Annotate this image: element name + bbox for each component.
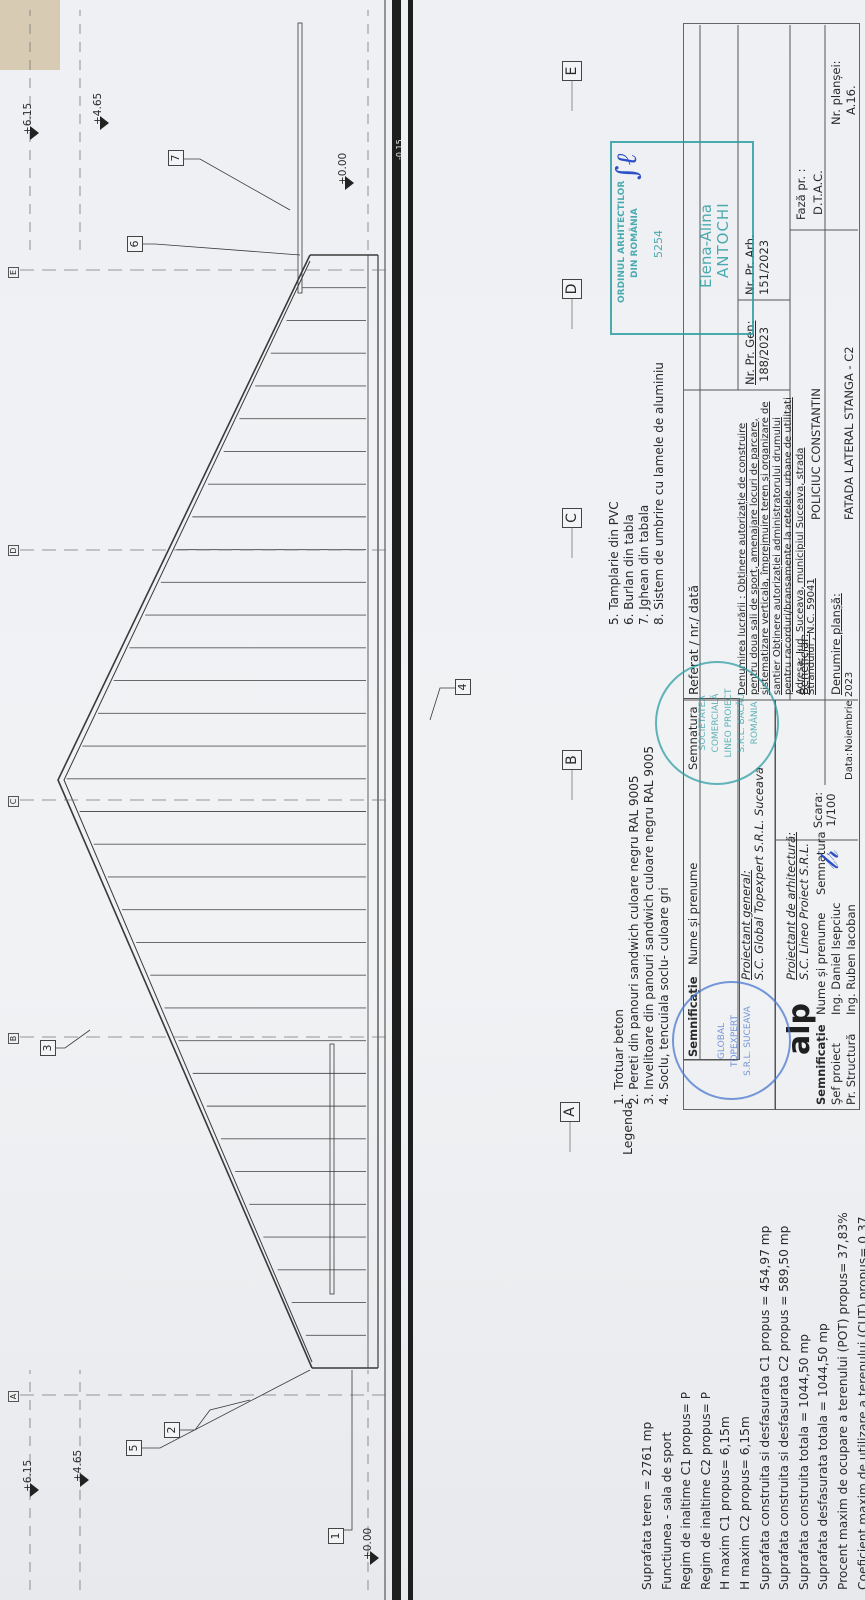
elevation-floor-right: +0.00 xyxy=(337,153,349,185)
callout-6: 6 xyxy=(127,236,143,252)
site-info-line: Regim de inaltime C1 propus= P xyxy=(677,1212,697,1590)
callout-4: 4 xyxy=(455,679,471,695)
signature-1: 𝓁𝓇 xyxy=(815,851,846,870)
faza-label: Fază pr. : xyxy=(795,168,808,220)
elevation-ground-right: -0.15 xyxy=(395,139,404,160)
data-label: Data: xyxy=(843,753,856,780)
grid-tag-d: D xyxy=(8,545,19,556)
proiectant-general: S.C. Global Topexpert S.R.L. Suceava xyxy=(753,767,766,980)
nr-plansei: A.16. xyxy=(845,85,858,115)
topexpert-stamp: GLOBAL TOPEXPERT S.R.L. SUCEAVA xyxy=(672,981,791,1100)
grid-bubble-a: A xyxy=(560,1102,580,1122)
drawing-sheet: +6.15 +4.65 +0.00 +6.15 +4.65 +0.00 -0.1… xyxy=(0,0,865,1600)
role-structura: Pr. Structură xyxy=(845,1034,858,1105)
oar-line2: DIN ROMÂNIA xyxy=(629,208,642,278)
site-info-line: Suprafata desfasurata totala = 1044,50 m… xyxy=(814,1212,834,1590)
legend-item: 8. Sistem de umbrire cu lamele de alumin… xyxy=(652,362,667,625)
grid-tag-b: B xyxy=(8,1033,19,1044)
beneficiar-label: Beneficiar: xyxy=(798,633,811,695)
oar-number: 5254 xyxy=(652,230,665,258)
oar-name1: Elena-Alina xyxy=(700,204,713,288)
denumire-plansa-label: Denumire planșă: xyxy=(830,593,843,695)
legend-list-1: 1. Trotuar beton 2. Pereti din panouri s… xyxy=(612,746,672,1105)
lineo-stamp: SOCIETATEA COMERCIALĂ LINEO PROIECT S.R.… xyxy=(655,661,779,785)
grid-bubble-c: C xyxy=(562,508,582,528)
legend-item: 3. Invelitoare din panouri sandwich culo… xyxy=(642,746,657,1105)
signature-oar: ∫ℓ xyxy=(610,154,644,180)
callout-7: 7 xyxy=(168,150,184,166)
faza: D.T.A.C. xyxy=(812,170,825,215)
site-info-line: Coeficient maxim de utilizare a terenulu… xyxy=(854,1212,865,1590)
oar-line1: ORDINUL ARHITECTILOR xyxy=(616,181,629,303)
grid-tag-c: C xyxy=(8,796,19,807)
grid-bubble-e: E xyxy=(562,61,582,81)
callout-1: 1 xyxy=(328,1528,344,1544)
nr-plansei-label: Nr. planșei: xyxy=(830,60,843,125)
grid-tag-a: A xyxy=(8,1391,19,1402)
data-value: Noiembrie 2023 xyxy=(843,672,856,752)
scara-value: 1/100 xyxy=(825,790,838,830)
site-info-line: Functiunea - sala de sport xyxy=(658,1212,678,1590)
name-sef-proiect: Ing. Daniel Isepciuc xyxy=(830,903,843,1016)
denumire-plansa: FATADA LATERAL STANGA - C2 xyxy=(843,346,856,520)
site-info-line: H maxim C2 propus= 6,15m xyxy=(736,1212,756,1590)
topexpert-stamp-text: GLOBAL TOPEXPERT S.R.L. SUCEAVA xyxy=(716,1006,755,1076)
role-header-name: Nume și prenume xyxy=(815,913,828,1015)
grid-bubble-b: B xyxy=(562,750,582,770)
legend-list-2: 5. Tamplarie din PVC 6. Burlan din tabla… xyxy=(607,362,667,625)
legend-item: 5. Tamplarie din PVC xyxy=(607,362,622,625)
grid-bubble-d: D xyxy=(562,279,582,299)
site-info-line: H maxim C1 propus= 6,15m xyxy=(716,1212,736,1590)
role-sef-proiect: Şef proiect xyxy=(830,1043,843,1105)
nr-pr-arh: 151/2023 xyxy=(758,240,771,295)
site-info-line: Suprafata construita si desfasurata C2 p… xyxy=(775,1212,795,1590)
site-info-line: Procent maxim de ocupare a terenului (PO… xyxy=(834,1212,854,1590)
elevation-eave-left: +4.65 xyxy=(72,1450,84,1482)
site-info-line: Suprafata construita totala = 1044,50 mp xyxy=(795,1212,815,1590)
elevation-ridge-right: +6.15 xyxy=(22,103,34,135)
name-structura: Ing. Ruben Iacoban xyxy=(845,904,858,1015)
elevation-ridge-left: +6.15 xyxy=(22,1460,34,1492)
header-nume: Nume și prenume xyxy=(687,863,700,965)
site-info: Suprafata teren = 2761 mp Functiunea - s… xyxy=(638,1212,865,1590)
site-info-line: Suprafata construita si desfasurata C1 p… xyxy=(756,1212,776,1590)
nr-pr-gen: 188/2023 xyxy=(758,327,771,382)
legend-title: Legenda xyxy=(620,1101,635,1155)
callout-3: 3 xyxy=(40,1040,56,1056)
legend-item: 6. Burlan din tabla xyxy=(622,362,637,625)
legend-item: 4. Soclu, tencuiala soclu- culoare gri xyxy=(657,746,672,1105)
role-header: Semnificație xyxy=(815,1024,828,1105)
site-info-line: Regim de inaltime C2 propus= P xyxy=(697,1212,717,1590)
grid-tag-e: E xyxy=(8,267,19,278)
callout-5: 5 xyxy=(126,1440,142,1456)
lineo-stamp-text: SOCIETATEA COMERCIALĂ LINEO PROIECT S.R.… xyxy=(697,681,762,765)
legend-item: 1. Trotuar beton xyxy=(612,746,627,1105)
oar-name2: ANTOCHI xyxy=(717,202,730,278)
elevation-eave-right: +4.65 xyxy=(92,93,104,125)
legend-item: 7. Jghean din tabala xyxy=(637,362,652,625)
callout-2: 2 xyxy=(164,1422,180,1438)
elevation-floor-left: +0.00 xyxy=(362,1528,374,1560)
legend-item: 2. Pereti din panouri sandwich culoare n… xyxy=(627,746,642,1105)
beneficiar: POLICIUC CONSTANTIN xyxy=(810,388,823,520)
site-info-line: Suprafata teren = 2761 mp xyxy=(638,1212,658,1590)
